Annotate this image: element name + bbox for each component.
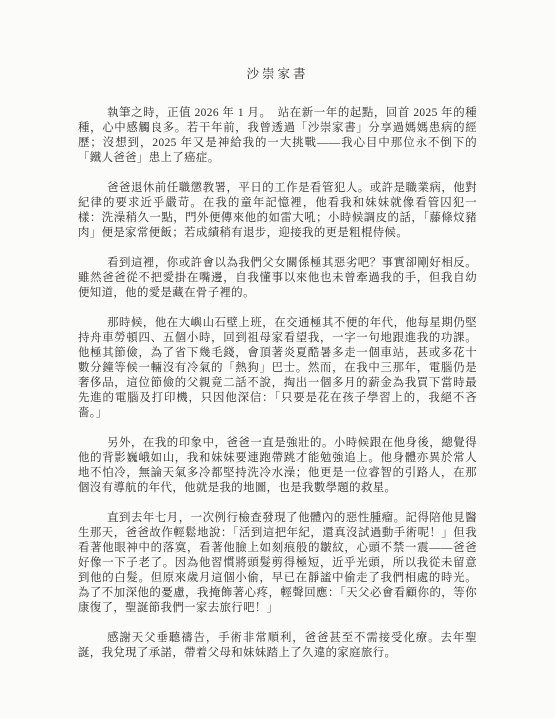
- paragraph-2: 爸爸退休前任職懲教署，平日的工作是看管犯人。或許是職業病，他對紀律的要求近乎嚴苛…: [78, 181, 477, 241]
- paragraph-1: 執筆之時，正值 2026 年 1 月。 站在新一年的起點，回首 2025 年的種…: [78, 106, 477, 166]
- document-body: 執筆之時，正值 2026 年 1 月。 站在新一年的起點，回首 2025 年的種…: [78, 106, 477, 661]
- paragraph-5: 另外，在我的印象中，爸爸一直是強壯的。小時候跟在他身後，總覺得他的背影巍峨如山，…: [78, 436, 477, 496]
- paragraph-7: 感謝天父垂聽禱告，手術非常順利，爸爸甚至不需接受化療。去年聖誕，我兌現了承諾，帶…: [78, 631, 477, 661]
- document-title: 沙崇家書: [78, 64, 477, 82]
- document-page: 沙崇家書 執筆之時，正值 2026 年 1 月。 站在新一年的起點，回首 202…: [0, 0, 555, 718]
- paragraph-3: 看到這裡，你或許會以為我們父女關係極其惡劣吧？事實卻剛好相反。雖然爸爸從不把愛掛…: [78, 256, 477, 301]
- paragraph-6: 直到去年七月，一次例行檢查發現了他體內的惡性腫瘤。記得陪他見醫生那天，爸爸故作輕…: [78, 511, 477, 617]
- paragraph-4: 那時候，他在大嶼山石壁上班，在交通極其不便的年代，他每星期仍堅持舟車勞頓四、五個…: [78, 316, 477, 422]
